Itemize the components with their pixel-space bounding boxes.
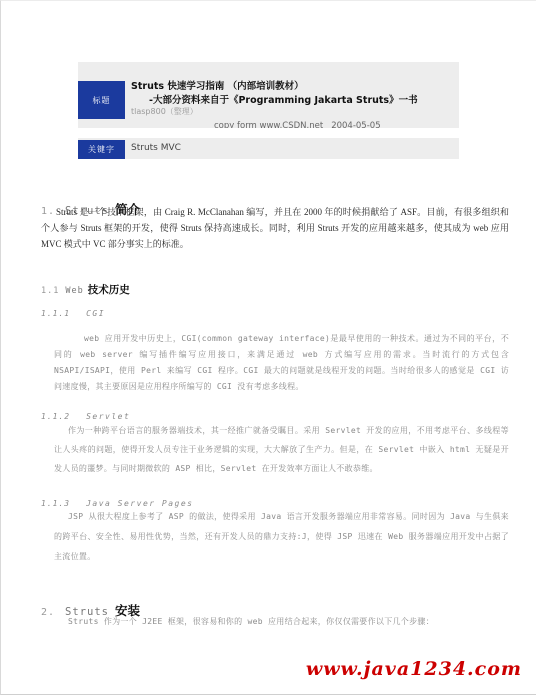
servlet-paragraph: 作为一种跨平台语言的服务器端技术，其一经推广就备受瞩目。采用 Servlet 开… [54, 421, 509, 478]
section-1-1-2-title: Servlet [86, 412, 130, 421]
install-paragraph: Struts 作为一个 J2EE 框架，很容易和你的 web 应用结合起来，你仅… [54, 614, 509, 630]
keyword-label-cell: 关键字 [78, 140, 125, 159]
section-2-number: 2. [41, 607, 55, 618]
doc-author-note: tlasp800（整理） [131, 106, 198, 117]
section-1-paragraph: Struts 是一个技术框架，由 Craig R. McClanahan 编写，… [41, 204, 509, 252]
doc-title-line1: Struts 快速学习指南 （内部培训教材） [131, 78, 304, 92]
java1234-watermark-link[interactable]: www.java1234.com [306, 658, 522, 680]
table-row-separator [78, 128, 459, 138]
section-1-1-2-number: 1.1.2 [41, 412, 70, 421]
document-page: 标题 Struts 快速学习指南 （内部培训教材） -大部分资料来自于《Prog… [0, 0, 536, 695]
jsp-paragraph: JSP 从很大程度上参考了 ASP 的做法，使得采用 Java 语言开发服务器端… [54, 507, 509, 567]
section-1-1-1-heading: 1.1.1CGI [41, 300, 105, 322]
section-1-1-heading: 1.1Web技术历史 [41, 273, 130, 300]
section-1-1-number: 1.1 [41, 286, 59, 296]
title-label-cell: 标题 [78, 81, 125, 119]
section-1-1-1-number: 1.1.1 [41, 309, 70, 318]
section-1-1-latin: Web [65, 286, 83, 296]
header-table: 标题 Struts 快速学习指南 （内部培训教材） -大部分资料来自于《Prog… [78, 62, 459, 159]
keywords-value: Struts MVC [131, 143, 181, 153]
cgi-paragraph: web 应用开发中历史上，CGI(common gateway interfac… [54, 331, 509, 395]
doc-title-line2: -大部分资料来自于《Programming Jakarta Struts》一书 [149, 92, 418, 106]
section-1-1-title: 技术历史 [88, 284, 130, 296]
section-1-1-1-title: CGI [86, 309, 105, 318]
